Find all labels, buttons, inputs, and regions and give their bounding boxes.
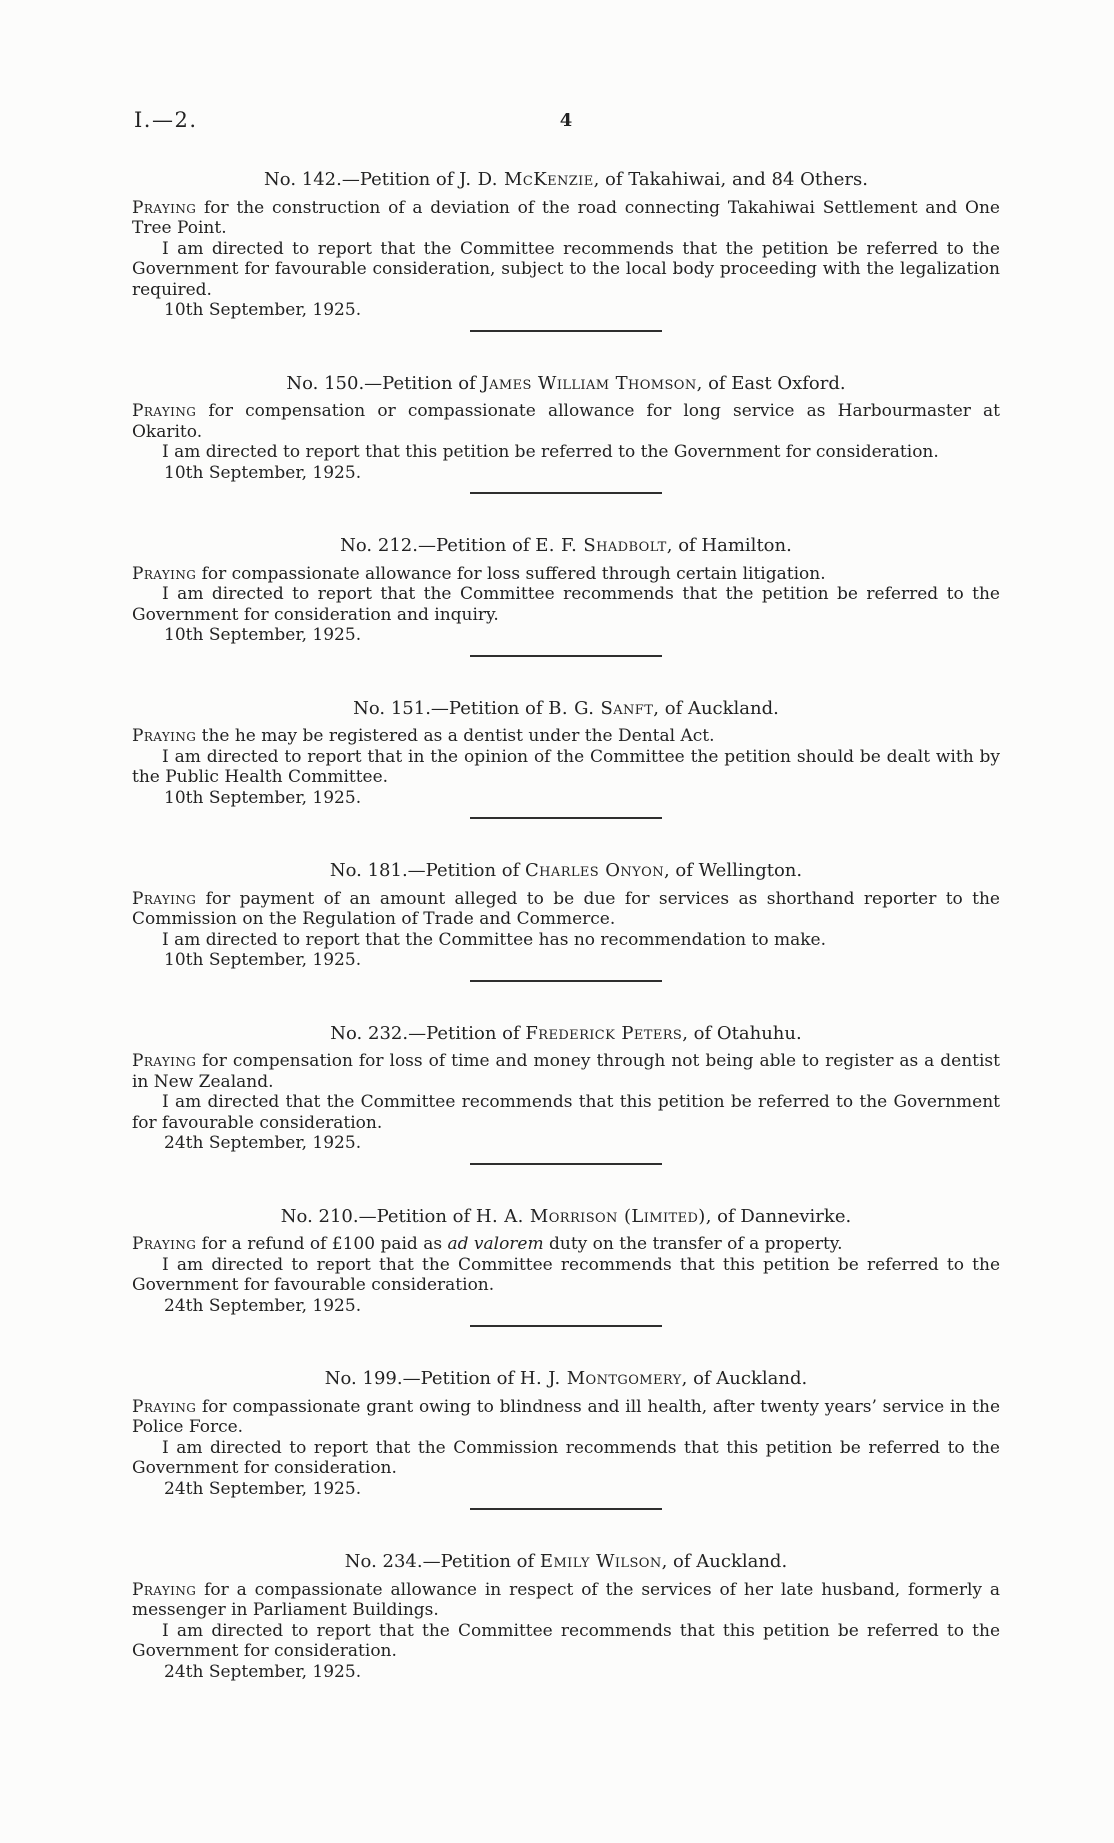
- committee-report: I am directed to report that this petiti…: [132, 442, 1000, 463]
- praying-lead-word: Praying: [132, 889, 196, 909]
- petition-title: No. 181.—Petition of Charles Onyon, of W…: [132, 861, 1000, 882]
- separator-rule: [470, 1508, 662, 1510]
- petitioner-name: J. D. McKenzie: [459, 169, 593, 190]
- petition-title: No. 151.—Petition of B. G. Sanft, of Auc…: [132, 699, 1000, 720]
- prayer-text: for a refund of £100 paid as ad valorem …: [196, 1234, 842, 1254]
- petitioner-name: H. A. Morrison (Limited): [476, 1206, 706, 1227]
- praying-lead-word: Praying: [132, 401, 196, 421]
- prayer-text: for a compassionate allowance in respect…: [132, 1580, 1000, 1621]
- report-date: 24th September, 1925.: [164, 1479, 1000, 1500]
- prayer-text: for compensation or compassionate allowa…: [132, 401, 1000, 442]
- committee-report: I am directed to report that the Committ…: [132, 1621, 1000, 1662]
- petition-prayer: Praying for compassionate grant owing to…: [132, 1397, 1000, 1438]
- petition-number-prefix: No. 150.—Petition of: [286, 373, 481, 394]
- petition-title: No. 199.—Petition of H. J. Montgomery, o…: [132, 1369, 1000, 1390]
- praying-lead-word: Praying: [132, 1051, 196, 1071]
- petition-title: No. 232.—Petition of Frederick Peters, o…: [132, 1024, 1000, 1045]
- petition-title: No. 150.—Petition of James William Thoms…: [132, 374, 1000, 395]
- prayer-text: for compensation for loss of time and mo…: [132, 1051, 1000, 1092]
- report-date: 10th September, 1925.: [164, 950, 1000, 971]
- petitioner-name: B. G. Sanft: [548, 698, 653, 719]
- petitioner-name: Emily Wilson: [540, 1551, 662, 1572]
- petition-number-prefix: No. 199.—Petition of: [325, 1368, 520, 1389]
- petitions-list: No. 142.—Petition of J. D. McKenzie, of …: [132, 170, 1000, 1682]
- petitioner-name: E. F. Shadbolt: [535, 535, 667, 556]
- committee-report: I am directed to report that in the opin…: [132, 747, 1000, 788]
- petition-number-prefix: No. 151.—Petition of: [353, 698, 548, 719]
- separator-rule: [470, 492, 662, 494]
- petition-entry: No. 181.—Petition of Charles Onyon, of W…: [132, 861, 1000, 982]
- petition-prayer: Praying for a compassionate allowance in…: [132, 1580, 1000, 1621]
- scanned-document-page: { "page": { "header_left": "I.—2.", "pag…: [0, 0, 1114, 1843]
- separator-rule: [470, 330, 662, 332]
- petitioner-name: H. J. Montgomery: [520, 1368, 682, 1389]
- petition-number-prefix: No. 181.—Petition of: [330, 860, 525, 881]
- petition-prayer: Praying for compensation or compassionat…: [132, 401, 1000, 442]
- petition-number-prefix: No. 212.—Petition of: [340, 535, 535, 556]
- separator-rule: [470, 655, 662, 657]
- committee-report: I am directed to report that the Commiss…: [132, 1438, 1000, 1479]
- report-date: 24th September, 1925.: [164, 1133, 1000, 1154]
- petition-prayer: Praying for compassionate allowance for …: [132, 564, 1000, 585]
- petitioner-locality: , of Otahuhu.: [682, 1023, 801, 1044]
- document-page: I.—2. 4 No. 142.—Petition of J. D. McKen…: [132, 108, 1000, 1682]
- petition-entry: No. 142.—Petition of J. D. McKenzie, of …: [132, 170, 1000, 332]
- petition-title: No. 210.—Petition of H. A. Morrison (Lim…: [132, 1207, 1000, 1228]
- petition-entry: No. 151.—Petition of B. G. Sanft, of Auc…: [132, 699, 1000, 820]
- separator-rule: [470, 1325, 662, 1327]
- page-header: I.—2. 4: [132, 108, 1000, 134]
- report-date: 10th September, 1925.: [164, 300, 1000, 321]
- petition-number-prefix: No. 232.—Petition of: [330, 1023, 525, 1044]
- page-number: 4: [132, 110, 1000, 131]
- praying-lead-word: Praying: [132, 564, 196, 584]
- petition-title: No. 142.—Petition of J. D. McKenzie, of …: [132, 170, 1000, 191]
- petition-entry: No. 150.—Petition of James William Thoms…: [132, 374, 1000, 495]
- praying-lead-word: Praying: [132, 1234, 196, 1254]
- separator-rule: [470, 817, 662, 819]
- petition-prayer: Praying for compensation for loss of tim…: [132, 1051, 1000, 1092]
- petitioner-locality: , of Auckland.: [682, 1368, 808, 1389]
- committee-report: I am directed to report that the Committ…: [132, 239, 1000, 301]
- petition-entry: No. 234.—Petition of Emily Wilson, of Au…: [132, 1552, 1000, 1682]
- committee-report: I am directed that the Committee recomme…: [132, 1092, 1000, 1133]
- separator-rule: [470, 1163, 662, 1165]
- praying-lead-word: Praying: [132, 1397, 196, 1417]
- report-date: 24th September, 1925.: [164, 1662, 1000, 1683]
- prayer-text: for compassionate allowance for loss suf…: [196, 564, 825, 584]
- prayer-text: for payment of an amount alleged to be d…: [132, 889, 1000, 930]
- praying-lead-word: Praying: [132, 1580, 196, 1600]
- petitioner-locality: , of Wellington.: [664, 860, 802, 881]
- petition-entry: No. 232.—Petition of Frederick Peters, o…: [132, 1024, 1000, 1165]
- committee-report: I am directed to report that the Committ…: [132, 584, 1000, 625]
- petition-title: No. 234.—Petition of Emily Wilson, of Au…: [132, 1552, 1000, 1573]
- petition-prayer: Praying the he may be registered as a de…: [132, 726, 1000, 747]
- petitioner-locality: , of Hamilton.: [667, 535, 792, 556]
- petition-entry: No. 212.—Petition of E. F. Shadbolt, of …: [132, 536, 1000, 657]
- petitioner-locality: , of Takahiwai, and 84 Others.: [594, 169, 868, 190]
- petition-entry: No. 199.—Petition of H. J. Montgomery, o…: [132, 1369, 1000, 1510]
- committee-report: I am directed to report that the Committ…: [132, 930, 1000, 951]
- praying-lead-word: Praying: [132, 726, 196, 746]
- petition-prayer: Praying for the construction of a deviat…: [132, 198, 1000, 239]
- petition-number-prefix: No. 142.—Petition of: [264, 169, 459, 190]
- petitioner-name: James William Thomson: [481, 373, 696, 394]
- petitioner-locality: , of Dannevirke.: [706, 1206, 851, 1227]
- petition-number-prefix: No. 234.—Petition of: [345, 1551, 540, 1572]
- petitioner-locality: , of Auckland.: [653, 698, 779, 719]
- petitioner-locality: , of East Oxford.: [697, 373, 846, 394]
- petition-prayer: Praying for a refund of £100 paid as ad …: [132, 1234, 1000, 1255]
- petition-entry: No. 210.—Petition of H. A. Morrison (Lim…: [132, 1207, 1000, 1328]
- praying-lead-word: Praying: [132, 198, 196, 218]
- petitioner-locality: , of Auckland.: [662, 1551, 788, 1572]
- petition-number-prefix: No. 210.—Petition of: [281, 1206, 476, 1227]
- report-date: 10th September, 1925.: [164, 625, 1000, 646]
- prayer-text: the he may be registered as a dentist un…: [196, 726, 714, 746]
- prayer-text: for compassionate grant owing to blindne…: [132, 1397, 1000, 1438]
- report-date: 24th September, 1925.: [164, 1296, 1000, 1317]
- petition-title: No. 212.—Petition of E. F. Shadbolt, of …: [132, 536, 1000, 557]
- petitioner-name: Charles Onyon: [525, 860, 664, 881]
- committee-report: I am directed to report that the Committ…: [132, 1255, 1000, 1296]
- report-date: 10th September, 1925.: [164, 463, 1000, 484]
- prayer-text: for the construction of a deviation of t…: [132, 198, 1000, 239]
- separator-rule: [470, 980, 662, 982]
- petition-prayer: Praying for payment of an amount alleged…: [132, 889, 1000, 930]
- report-date: 10th September, 1925.: [164, 788, 1000, 809]
- petitioner-name: Frederick Peters: [525, 1023, 682, 1044]
